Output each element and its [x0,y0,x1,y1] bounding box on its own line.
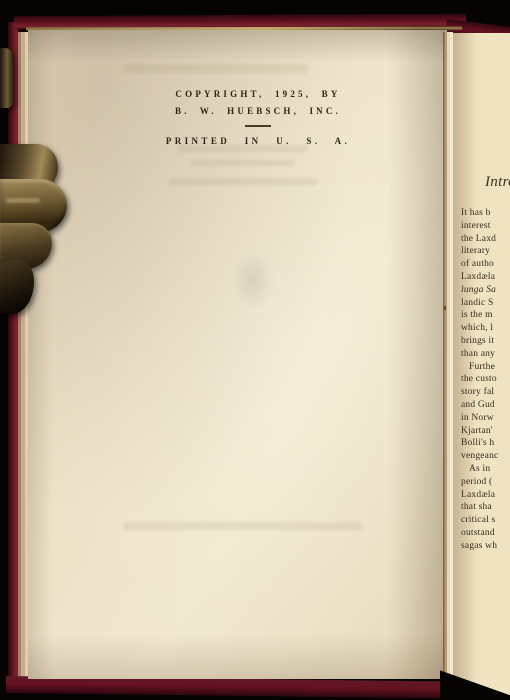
introduction-body: It has binterest the Laxdliterary of aut… [461,207,510,553]
copyright-page: COPYRIGHT, 1925, BY B. W. HUEBSCH, INC. … [28,30,447,679]
introduction-page: Introdu It has binterest the Laxdliterar… [453,33,510,700]
intro-body-line: outstand [461,527,510,540]
intro-body-line: landic S [461,297,510,310]
intro-body-line: critical s [461,514,510,527]
divider-rule [245,125,271,127]
intro-body-line: vengeanc [461,450,510,463]
intro-body-line: the custo [461,373,510,386]
showthrough-emblem-ghost [224,242,282,320]
copyright-line-2: B. W. HUEBSCH, INC. [148,105,368,117]
showthrough-line-ghost [168,178,318,185]
intro-body-line: Furthe [461,361,510,374]
showthrough-title-ghost [123,64,308,73]
metal-highlight [6,198,40,203]
copyright-line-1: COPYRIGHT, 1925, BY [148,88,368,100]
intro-body-line: literary [461,245,510,258]
intro-body-line: lunga Sa [461,284,510,297]
intro-body-line: is the m [461,309,510,322]
intro-body-line: period ( [461,476,510,489]
intro-body-line: Bolli's h [461,437,510,450]
intro-body-line: Laxdæla [461,489,510,502]
copyright-block: COPYRIGHT, 1925, BY B. W. HUEBSCH, INC. … [148,88,368,146]
book-photograph-scene: COPYRIGHT, 1925, BY B. W. HUEBSCH, INC. … [0,0,510,700]
page-edge-speck [444,306,446,310]
book-cover-bottom-edge [6,676,448,698]
printed-in-usa-line: PRINTED IN U. S. A. [148,136,368,146]
intro-body-line: Kjartan' [461,425,510,438]
intro-body-line: of autho [461,258,510,271]
showthrough-imprint-ghost [123,522,363,530]
intro-body-line: Laxdæla [461,271,510,284]
showthrough-line-ghost [190,160,295,166]
intro-body-line: story fal [461,386,510,399]
introduction-heading: Introdu [485,174,510,191]
intro-body-line: than any [461,348,510,361]
intro-body-line: It has b [461,207,510,220]
intro-body-line: which, l [461,322,510,335]
intro-body-line: the Laxd [461,233,510,246]
clasp-lower-tip [0,260,34,314]
showthrough-line-ghost [178,145,308,152]
intro-body-line: that sha [461,501,510,514]
intro-body-line: As in [461,463,510,476]
page-gutter-leaf-edge [443,32,453,676]
intro-body-line: interest [461,220,510,233]
intro-body-line: sagas wh [461,540,510,553]
intro-body-line: brings it [461,335,510,348]
intro-body-line: in Norw [461,412,510,425]
intro-body-line: and Gud [461,399,510,412]
clasp-upper-arm [0,48,13,108]
brass-clasp [0,48,72,316]
